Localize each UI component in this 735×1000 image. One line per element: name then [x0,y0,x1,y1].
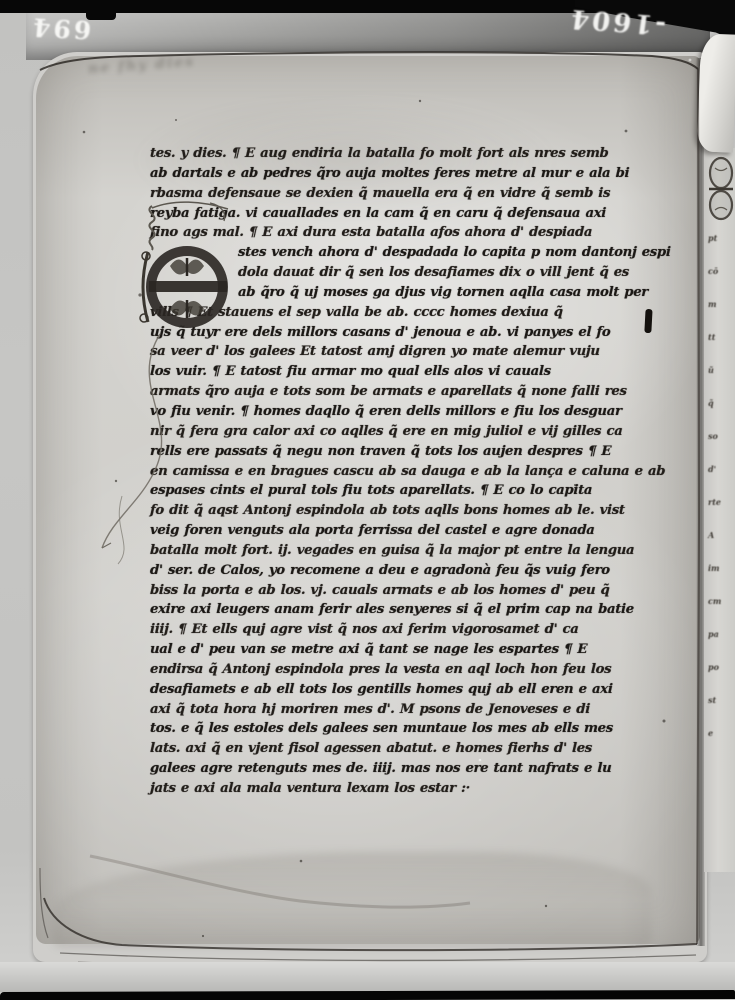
text-line: lats. axi q̃ en vjent fisol agessen abat… [150,739,665,759]
edge-text-fragment: m [708,300,732,309]
text-line: dola dauat dir q̃ sen los desafiames dix… [150,263,665,283]
text-line: stes vench ahora d' despadada lo capita … [150,243,665,263]
text-line: tos. e q̃ les estoles dels galees sen mu… [150,719,665,739]
text-line: fino ags mal. ¶ E axi dura esta batalla … [150,223,665,243]
text-line: tes. y dies. ¶ E aug endiria la batalla … [150,144,665,164]
text-line: armats q̃ro auja e tots som be armats e … [150,382,665,402]
top-border-notch [86,13,116,20]
text-line: exire axi leugers anam ferir ales senyer… [150,600,665,620]
edge-text-fragment: ũ [708,366,732,375]
text-line: axi q̃ tota hora hj moriren mes d'. M ps… [150,700,665,720]
text-line: vills ¶ Et stauens el sep valla be ab. c… [150,303,665,323]
edge-text-fragment: st [708,696,732,705]
text-line: galees agre retenguts mes de. iiij. mas … [150,759,665,779]
edge-text-fragment: tt [708,333,732,342]
bottom-black-border [0,990,735,1000]
text-line: espases cints el pural tols fiu tots apa… [150,481,665,501]
text-line: vo fiu venir. ¶ homes daqllo q̃ eren del… [150,402,665,422]
edge-text-fragment: e [708,729,732,738]
text-line: jats e axi ala mala ventura lexam los es… [150,779,665,799]
text-line: endirsa q̃ Antonj espindola pres la vest… [150,660,665,680]
text-line: ujs q̃ tuyr ere dels millors casans d' j… [150,323,665,343]
text-line: ab q̃ro q̃ uj moses ga djus vig tornen a… [150,283,665,303]
curled-page-corner [697,33,735,152]
edge-text-fragment: im [708,564,732,573]
text-line: en camissa e en bragues cascu ab sa daug… [150,462,665,482]
edge-text-fragments: ptcōmttũq̃sod'rteAimcmpaposte [708,234,732,738]
text-line: desafiamets e ab ell tots los gentills h… [150,680,665,700]
text-line: los vuir. ¶ E tatost fiu armar mo qual e… [150,362,665,382]
edge-text-fragment: q̃ [708,399,732,408]
text-block: tes. y dies. ¶ E aug endiria la batalla … [150,144,664,799]
text-line: iiij. ¶ Et ells quj agre vist q̃ nos axi… [150,620,665,640]
text-line: sa veer d' los galees Et tatost amj digr… [150,342,665,362]
facing-page-edge: ptcōmttũq̃sod'rteAimcmpaposte [704,148,735,872]
edge-text-fragment: cō [708,267,732,276]
text-line: veig foren venguts ala porta ferrissa de… [150,521,665,541]
negative-number-left: 694 [29,12,93,44]
manuscript-photograph: 694 -1604 ne fhy dies tes. y dies. ¶ E a… [0,0,735,1000]
text-line: ab dartals e ab pedres q̃ro auja moltes … [150,164,665,184]
edge-text-fragment: d' [708,465,732,474]
edge-text-fragment: so [708,432,732,441]
text-line: nir q̃ fera gra calor axi co aqlles q̃ e… [150,422,665,442]
text-line: reyba fatiga. vi cauallades en la cam q̃… [150,204,665,224]
text-line: d' ser. de Calos, yo recomene a deu e ag… [150,561,665,581]
text-line: rells ere passats q̃ negu non traven q̃ … [150,442,665,462]
edge-text-fragment: pa [708,630,732,639]
text-line: biss la porta e ab los. vj. cauals armat… [150,581,665,601]
text-line: fo dit q̃ aqst Antonj espindola ab tots … [150,501,665,521]
edge-text-fragment: pt [708,234,732,243]
edge-text-fragment: cm [708,597,732,606]
edge-text-fragment: rte [708,498,732,507]
edge-text-fragment: po [708,663,732,672]
text-line: batalla molt fort. ij. vegades en guisa … [150,541,665,561]
text-line: ual e d' peu van se metre axi q̃ tant se… [150,640,665,660]
bottom-surface-band [0,962,735,992]
edge-initial-ornament-icon [707,156,735,228]
edge-text-fragment: A [708,531,732,540]
text-line: rbasma defensaue se dexien q̃ mauella er… [150,184,665,204]
